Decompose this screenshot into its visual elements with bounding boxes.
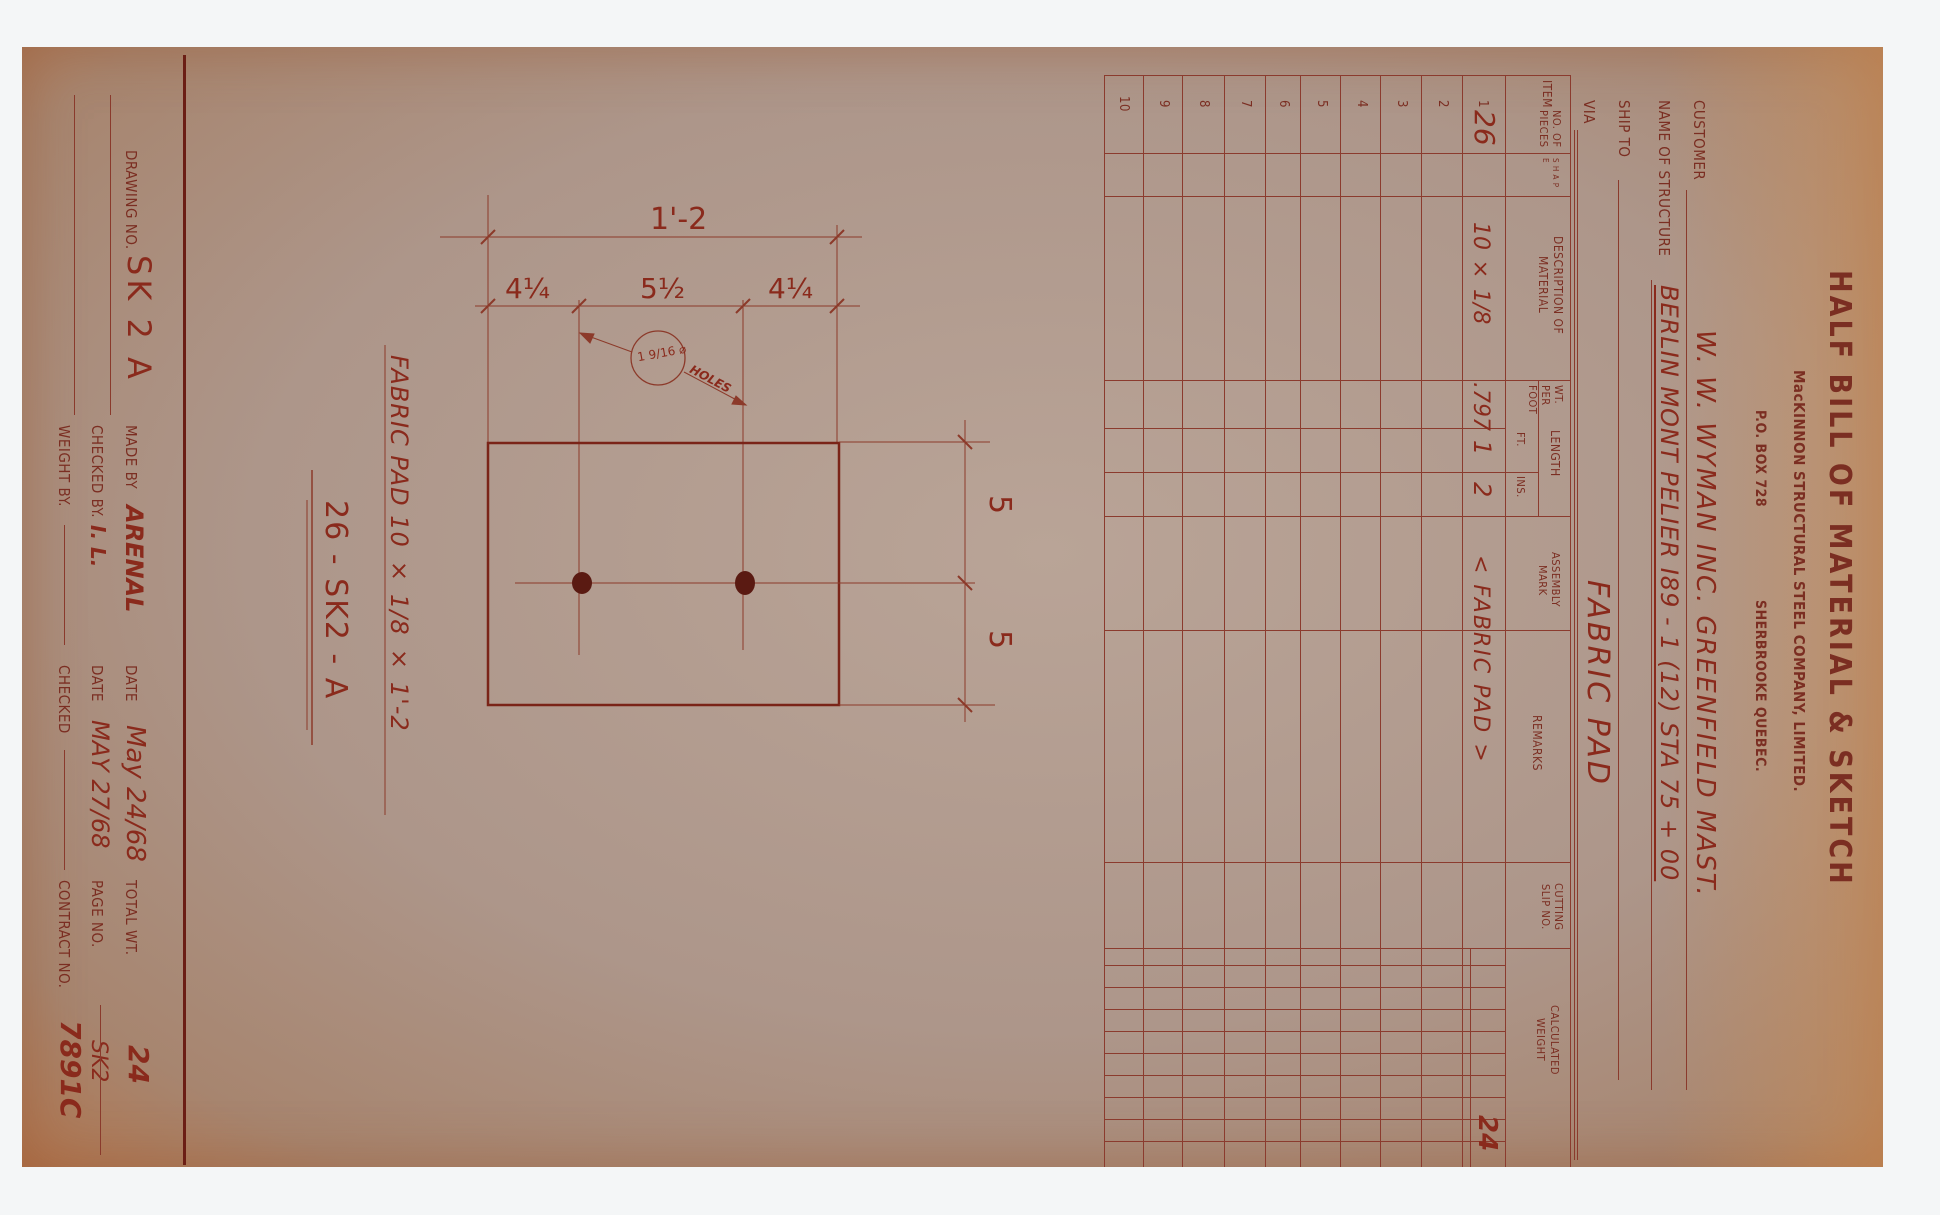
drawing-no-label: DRAWING NO. [122,150,140,250]
checked-by-field[interactable]: I. L. [86,525,110,567]
hole-2-icon [735,571,755,595]
dimension-middle: 5½ [640,272,685,305]
total-wt-label: TOTAL WT. [122,880,140,956]
checked-by-label: CHECKED BY. [88,425,106,518]
weight-by-label: WEIGHT BY. [55,425,73,507]
page-no-line [100,1005,101,1155]
date-made-field[interactable]: May 24/68 [120,725,150,862]
dimension-top-5: 5 [982,495,1017,514]
made-by-field[interactable]: ARENAL [120,505,148,612]
date-made-label: DATE [122,665,140,702]
checked-by-blank-line [110,95,111,415]
sketch-caption: FABRIC PAD 10 × 1/8 × 1'-2 [385,355,413,732]
piece-mark: 26 - SK2 - A [318,500,353,700]
fabric-pad-sketch [0,0,1940,1215]
checked-label: CHECKED [55,665,73,734]
weight-by-line [64,525,65,645]
page-no-field[interactable]: SK2 [86,1040,111,1082]
total-wt-field[interactable]: 24 [122,1045,155,1084]
date-checked-field[interactable]: MAY 27/68 [86,720,114,849]
overall-dimension: 1'-2 [650,202,707,237]
hole-1-icon [572,572,592,594]
footer-separator [183,55,186,1165]
made-by-label: MADE BY [122,425,140,489]
dimension-left: 4¼ [505,272,550,305]
dimension-bottom-5: 5 [982,630,1017,649]
dimension-right: 4¼ [768,272,813,305]
page-no-label: PAGE NO. [88,880,106,948]
date-checked-label: DATE [88,665,106,702]
contract-no-field[interactable]: 7891C [54,1020,87,1118]
weight-by-blank-line [74,95,75,415]
contract-no-label: CONTRACT NO. [55,880,73,988]
checked-line [64,750,65,870]
drawing-no-field[interactable]: SK 2 A [120,255,158,383]
